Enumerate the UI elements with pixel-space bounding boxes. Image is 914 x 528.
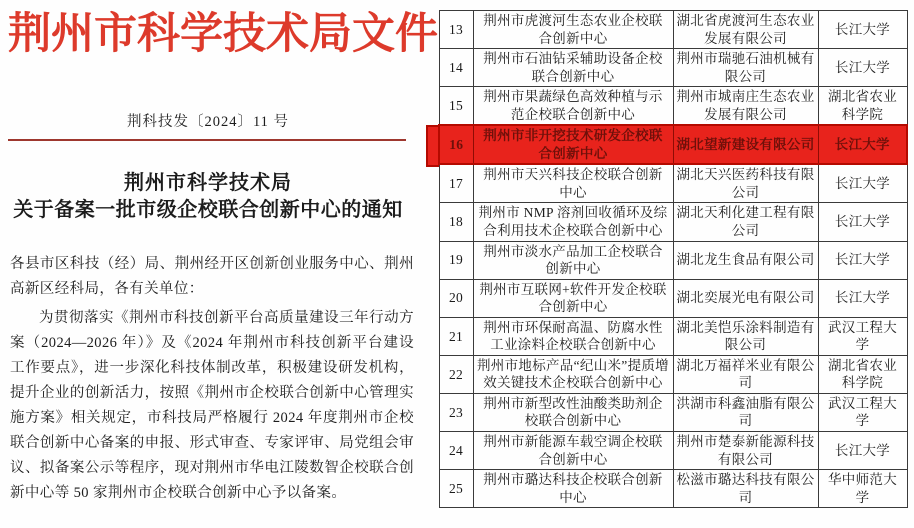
table-row: 14荆州市石油钻采辅助设备企校联合创新中心荆州市瑞驰石油机械有限公司长江大学 xyxy=(439,49,907,87)
center-name-cell: 荆州市新能源车载空调企校联合创新中心 xyxy=(473,432,673,470)
table-row: 25荆州市璐达科技企校联合创新中心松滋市璐达科技有限公司华中师范大学 xyxy=(439,470,907,508)
notice-body: 各县市区科技（经）局、荆州经开区创新创业服务中心、荆州高新区经科局，各有关单位：… xyxy=(10,252,414,506)
university-cell: 长江大学 xyxy=(818,49,907,87)
university-cell: 武汉工程大学 xyxy=(818,393,907,431)
university-cell: 华中师范大学 xyxy=(818,470,907,508)
row-number-cell: 17 xyxy=(439,164,473,203)
center-name-cell: 荆州市果蔬绿色高效种植与示范企校联合创新中心 xyxy=(473,87,673,126)
center-name-cell: 荆州市互联网+软件开发企校联合创新中心 xyxy=(473,279,673,317)
center-name-cell: 荆州市璐达科技企校联合创新中心 xyxy=(473,470,673,508)
center-name-cell: 荆州市虎渡河生态农业企校联合创新中心 xyxy=(473,11,673,49)
table-row: 13荆州市虎渡河生态农业企校联合创新中心湖北省虎渡河生态农业发展有限公司长江大学 xyxy=(439,11,907,49)
company-name-cell: 湖北天兴医药科技有限公司 xyxy=(673,164,818,203)
company-name-cell: 荆州市城南庄生态农业发展有限公司 xyxy=(673,87,818,126)
table-row: 18荆州市 NMP 溶剂回收循环及综合利用技术企校联合创新中心湖北天利化建工程有… xyxy=(439,203,907,241)
university-cell: 长江大学 xyxy=(818,432,907,470)
row-number-cell: 19 xyxy=(439,241,473,279)
company-name-cell: 荆州市瑞驰石油机械有限公司 xyxy=(673,49,818,87)
company-name-cell: 湖北万福祥米业有限公司 xyxy=(673,355,818,393)
document-masthead: 荆州市科学技术局文件 xyxy=(8,10,408,59)
table-row: 22荆州市地标产品“纪山米”提质增效关键技术企校联合创新中心湖北万福祥米业有限公… xyxy=(439,355,907,393)
university-cell: 长江大学 xyxy=(818,203,907,241)
company-name-cell: 湖北省虎渡河生态农业发展有限公司 xyxy=(673,11,818,49)
row-number-cell: 25 xyxy=(439,470,473,508)
company-name-cell: 松滋市璐达科技有限公司 xyxy=(673,470,818,508)
university-cell: 长江大学 xyxy=(818,125,907,164)
row-number-cell: 18 xyxy=(439,203,473,241)
centers-table-container: 13荆州市虎渡河生态农业企校联合创新中心湖北省虎渡河生态农业发展有限公司长江大学… xyxy=(438,10,906,508)
row-number-cell: 13 xyxy=(439,11,473,49)
university-cell: 长江大学 xyxy=(818,241,907,279)
company-name-cell: 湖北龙生食品有限公司 xyxy=(673,241,818,279)
notice-subject-title: 关于备案一批市级企校联合创新中心的通知 xyxy=(8,193,408,222)
table-row: 20荆州市互联网+软件开发企校联合创新中心湖北奕展光电有限公司长江大学 xyxy=(439,279,907,317)
centers-table: 13荆州市虎渡河生态农业企校联合创新中心湖北省虎渡河生态农业发展有限公司长江大学… xyxy=(438,10,908,508)
university-cell: 长江大学 xyxy=(818,11,907,49)
row-number-cell: 16 xyxy=(439,125,473,164)
company-name-cell: 湖北奕展光电有限公司 xyxy=(673,279,818,317)
row-number-cell: 21 xyxy=(439,317,473,355)
table-row: 15荆州市果蔬绿色高效种植与示范企校联合创新中心荆州市城南庄生态农业发展有限公司… xyxy=(439,87,907,126)
company-name-cell: 湖北美恺乐涂料制造有限公司 xyxy=(673,317,818,355)
company-name-cell: 湖北天利化建工程有限公司 xyxy=(673,203,818,241)
company-name-cell: 洪湖市科鑫油脂有限公司 xyxy=(673,393,818,431)
center-name-cell: 荆州市天兴科技企校联合创新中心 xyxy=(473,164,673,203)
notice-salutation: 各县市区科技（经）局、荆州经开区创新创业服务中心、荆州高新区经科局，各有关单位： xyxy=(10,252,414,302)
notice-paragraph: 为贯彻落实《荆州市科技创新平台高质量建设三年行动方案（2024—2026 年）》… xyxy=(10,306,414,506)
row-number-cell: 15 xyxy=(439,87,473,126)
center-name-cell: 荆州市 NMP 溶剂回收循环及综合利用技术企校联合创新中心 xyxy=(473,203,673,241)
table-row: 24荆州市新能源车载空调企校联合创新中心荆州市楚泰新能源科技有限公司长江大学 xyxy=(439,432,907,470)
center-name-cell: 荆州市石油钻采辅助设备企校联合创新中心 xyxy=(473,49,673,87)
table-row: 19荆州市淡水产品加工企校联合创新中心湖北龙生食品有限公司长江大学 xyxy=(439,241,907,279)
university-cell: 湖北省农业科学院 xyxy=(818,355,907,393)
company-name-cell: 湖北望新建设有限公司 xyxy=(673,125,818,164)
table-row: 21荆州市环保耐高温、防腐水性工业涂料企校联合创新中心湖北美恺乐涂料制造有限公司… xyxy=(439,317,907,355)
row-number-cell: 14 xyxy=(439,49,473,87)
document-number: 荆科技发〔2024〕11 号 xyxy=(8,110,408,131)
university-cell: 武汉工程大学 xyxy=(818,317,907,355)
university-cell: 长江大学 xyxy=(818,164,907,203)
table-row: 23荆州市新型改性油酸类助剂企校联合创新中心洪湖市科鑫油脂有限公司武汉工程大学 xyxy=(439,393,907,431)
company-name-cell: 荆州市楚泰新能源科技有限公司 xyxy=(673,432,818,470)
row-number-cell: 24 xyxy=(439,432,473,470)
row-number-cell: 22 xyxy=(439,355,473,393)
center-name-cell: 荆州市环保耐高温、防腐水性工业涂料企校联合创新中心 xyxy=(473,317,673,355)
row-number-cell: 23 xyxy=(439,393,473,431)
center-name-cell: 荆州市淡水产品加工企校联合创新中心 xyxy=(473,241,673,279)
university-cell: 湖北省农业科学院 xyxy=(818,87,907,126)
official-notice: 荆州市科学技术局文件 荆科技发〔2024〕11 号 荆州市科学技术局 关于备案一… xyxy=(0,0,432,528)
university-cell: 长江大学 xyxy=(818,279,907,317)
centers-table-body: 13荆州市虎渡河生态农业企校联合创新中心湖北省虎渡河生态农业发展有限公司长江大学… xyxy=(439,11,907,508)
table-row: 16荆州市非开挖技术研发企校联合创新中心湖北望新建设有限公司长江大学 xyxy=(439,125,907,164)
center-name-cell: 荆州市非开挖技术研发企校联合创新中心 xyxy=(473,125,673,164)
center-name-cell: 荆州市新型改性油酸类助剂企校联合创新中心 xyxy=(473,393,673,431)
scanned-document-page: 荆州市科学技术局文件 荆科技发〔2024〕11 号 荆州市科学技术局 关于备案一… xyxy=(0,0,914,528)
table-row: 17荆州市天兴科技企校联合创新中心湖北天兴医药科技有限公司长江大学 xyxy=(439,164,907,203)
center-name-cell: 荆州市地标产品“纪山米”提质增效关键技术企校联合创新中心 xyxy=(473,355,673,393)
notice-issuer-title: 荆州市科学技术局 xyxy=(8,166,408,195)
row-number-cell: 20 xyxy=(439,279,473,317)
red-divider-line xyxy=(8,139,406,141)
